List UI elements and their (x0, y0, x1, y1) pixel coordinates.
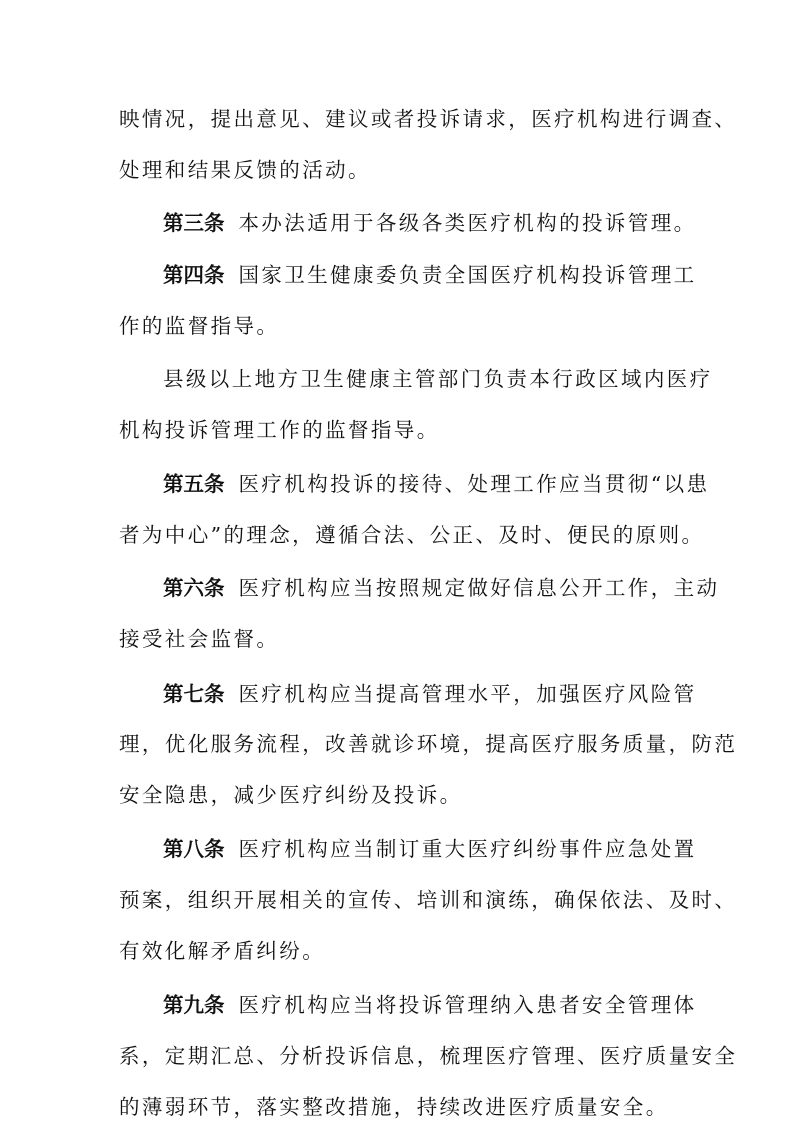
line-text: 理，优化服务流程，改善就诊环境，提高医疗服务质量，防范 (119, 732, 737, 756)
article-3-line: 第三条本办法适用于各级各类医疗机构的投诉管理。 (163, 208, 723, 238)
line-text: 处理和结果反馈的活动。 (119, 158, 371, 182)
paragraph-line: 映情况，提出意见、建议或者投诉请求，医疗机构进行调查、 (119, 104, 679, 134)
line-text: 医疗机构应当提高管理水平，加强医疗风险管 (239, 682, 697, 706)
article-5-line: 第五条医疗机构投诉的接待、处理工作应当贯彻“以患 (163, 469, 723, 499)
line-text: 者为中心”的理念，遵循合法、公正、及时、便民的原则。 (119, 523, 704, 547)
paragraph-line: 理，优化服务流程，改善就诊环境，提高医疗服务质量，防范 (119, 729, 679, 759)
line-text: 医疗机构投诉的接待、处理工作应当贯彻“以患 (239, 472, 710, 496)
paragraph-line: 者为中心”的理念，遵循合法、公正、及时、便民的原则。 (119, 520, 679, 550)
line-text: 系，定期汇总、分析投诉信息，梳理医疗管理、医疗质量安全 (119, 1044, 737, 1068)
line-text: 预案，组织开展相关的宣传、培训和演练，确保依法、及时、 (119, 888, 737, 912)
paragraph-line: 系，定期汇总、分析投诉信息，梳理医疗管理、医疗质量安全 (119, 1041, 679, 1071)
article-4-line: 第四条国家卫生健康委负责全国医疗机构投诉管理工 (163, 260, 723, 290)
paragraph-line: 接受社会监督。 (119, 624, 679, 654)
line-text: 本办法适用于各级各类医疗机构的投诉管理。 (239, 211, 697, 235)
article-6-line: 第六条医疗机构应当按照规定做好信息公开工作，主动 (163, 573, 723, 603)
line-text: 映情况，提出意见、建议或者投诉请求，医疗机构进行调查、 (119, 107, 737, 131)
article-number: 第六条 (163, 576, 225, 600)
paragraph-line: 县级以上地方卫生健康主管部门负责本行政区域内医疗 (163, 364, 723, 394)
article-number: 第四条 (163, 263, 225, 287)
article-number: 第三条 (163, 211, 225, 235)
paragraph-line: 处理和结果反馈的活动。 (119, 155, 679, 185)
line-text: 的薄弱环节，落实整改措施，持续改进医疗质量安全。 (119, 1095, 669, 1119)
article-number: 第九条 (163, 993, 225, 1017)
article-9-line: 第九条医疗机构应当将投诉管理纳入患者安全管理体 (163, 990, 723, 1020)
line-text: 医疗机构应当制订重大医疗纠纷事件应急处置 (239, 837, 697, 861)
paragraph-line: 安全隐患，减少医疗纠纷及投诉。 (119, 780, 679, 810)
line-text: 接受社会监督。 (119, 627, 279, 651)
paragraph-line: 预案，组织开展相关的宣传、培训和演练，确保依法、及时、 (119, 885, 679, 915)
line-text: 国家卫生健康委负责全国医疗机构投诉管理工 (239, 263, 697, 287)
paragraph-line: 机构投诉管理工作的监督指导。 (119, 415, 679, 445)
line-text: 安全隐患，减少医疗纠纷及投诉。 (119, 783, 463, 807)
line-text: 医疗机构应当将投诉管理纳入患者安全管理体 (239, 993, 697, 1017)
article-7-line: 第七条医疗机构应当提高管理水平，加强医疗风险管 (163, 679, 723, 709)
document-page: 映情况，提出意见、建议或者投诉请求，医疗机构进行调查、 处理和结果反馈的活动。 … (0, 0, 793, 1122)
line-text: 县级以上地方卫生健康主管部门负责本行政区域内医疗 (163, 367, 713, 391)
article-number: 第五条 (163, 472, 225, 496)
line-text: 有效化解矛盾纠纷。 (119, 939, 325, 963)
line-text: 机构投诉管理工作的监督指导。 (119, 418, 440, 442)
article-number: 第七条 (163, 682, 225, 706)
article-8-line: 第八条医疗机构应当制订重大医疗纠纷事件应急处置 (163, 834, 723, 864)
paragraph-line: 有效化解矛盾纠纷。 (119, 936, 679, 966)
line-text: 医疗机构应当按照规定做好信息公开工作，主动 (239, 576, 720, 600)
article-number: 第八条 (163, 837, 225, 861)
line-text: 作的监督指导。 (119, 314, 279, 338)
paragraph-line: 的薄弱环节，落实整改措施，持续改进医疗质量安全。 (119, 1092, 679, 1122)
paragraph-line: 作的监督指导。 (119, 311, 679, 341)
